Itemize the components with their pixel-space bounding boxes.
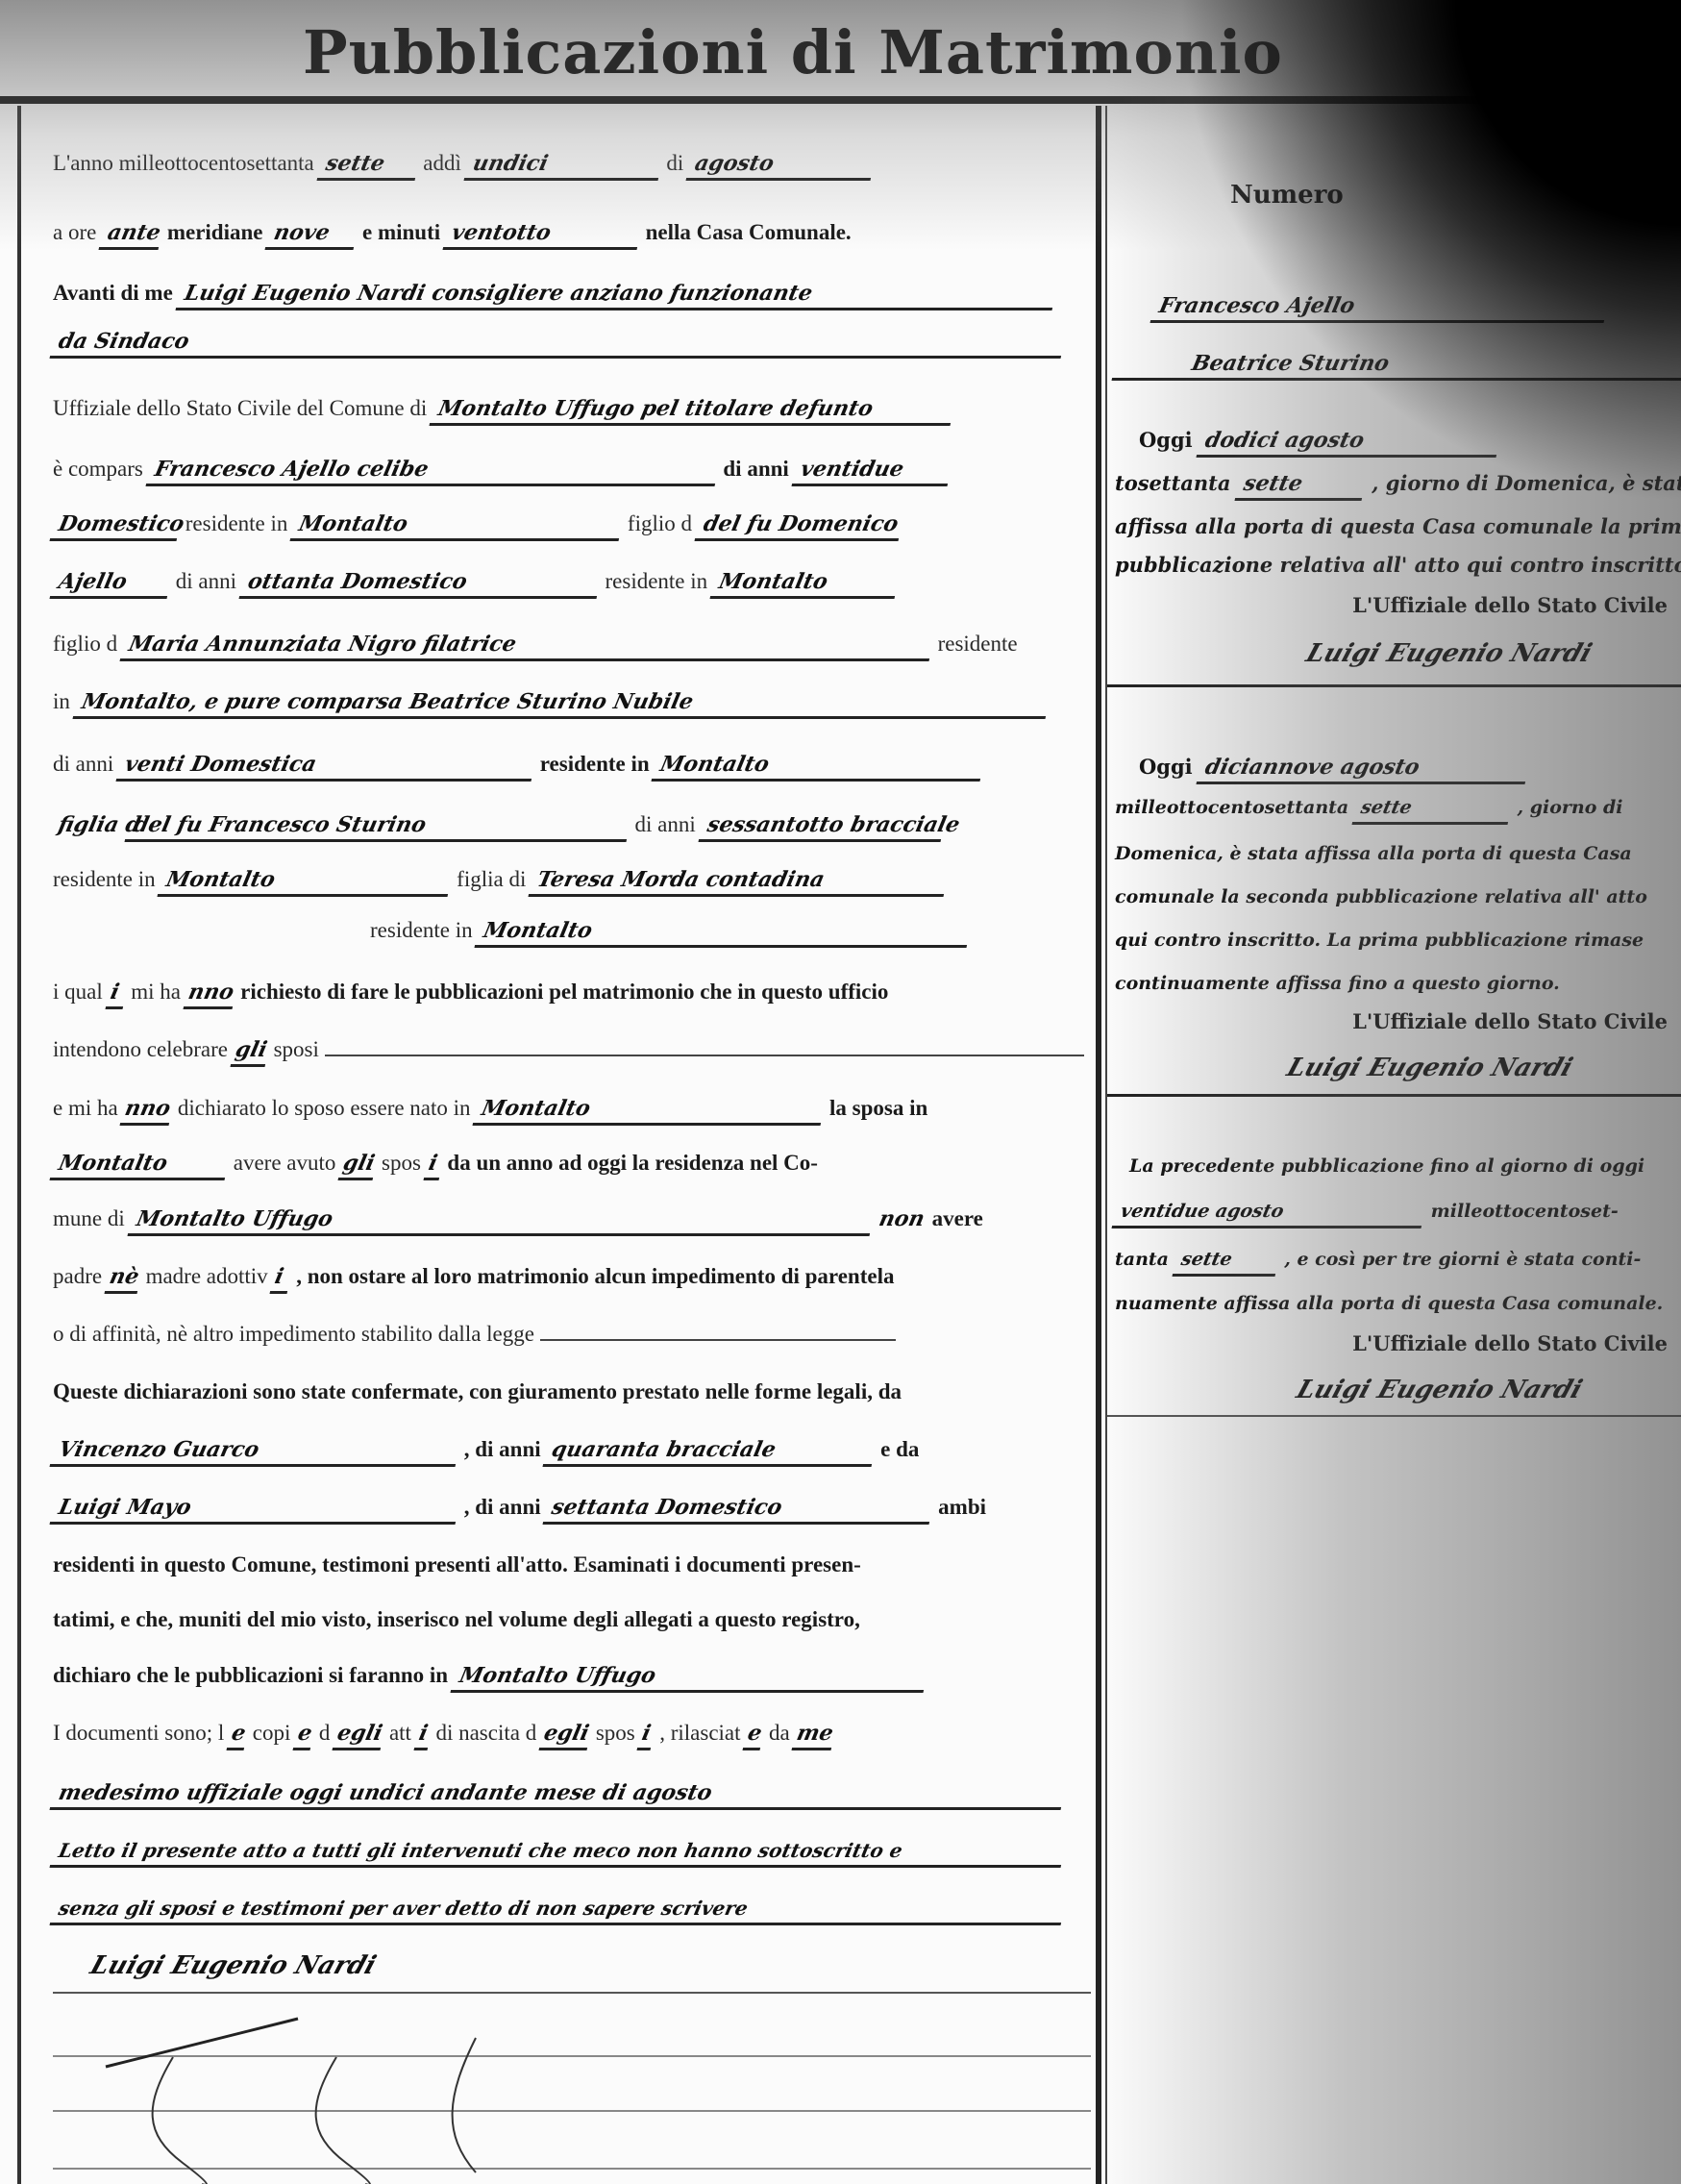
- label-i-qual: i qual: [53, 980, 103, 1004]
- first-signature: Luigi Eugenio Nardi: [1301, 636, 1596, 671]
- line-bride-age: di anni venti Domestica residente in Mon…: [53, 745, 1091, 783]
- first-publication-year: sette: [1234, 469, 1368, 501]
- line-groom: è compars Francesco Ajello celibe di ann…: [53, 450, 1091, 488]
- field-gli: gli: [338, 1149, 380, 1180]
- field-month: agosto: [686, 149, 878, 181]
- line-bride-father: figlia d del fu Francesco Sturino di ann…: [53, 806, 1091, 844]
- line-residenti: residenti in questo Comune, testimoni pr…: [53, 1546, 1091, 1584]
- field-year: sette: [316, 149, 421, 181]
- label-pubblicazioni-faranno: dichiaro che le pubblicazioni si faranno…: [53, 1663, 448, 1687]
- label-documenti-sono: I documenti sono; l: [53, 1721, 224, 1745]
- final-line-3: tanta sette , e così per tre giorni è st…: [1115, 1242, 1668, 1277]
- field-witness2-name: Luigi Mayo: [49, 1493, 461, 1525]
- label-minuti: e minuti: [362, 220, 440, 244]
- field-suffix: nno: [183, 978, 238, 1009]
- main-signature-line: Luigi Eugenio Nardi: [53, 1947, 1129, 1985]
- line-year: L'anno milleottocentosettanta sette addì…: [53, 144, 1091, 183]
- line-documenti: I documenti sono; l e copi e d egli att …: [53, 1714, 1091, 1752]
- line-comune: Uffiziale dello Stato Civile del Comune …: [53, 389, 1091, 428]
- field-bride-mother-residence: Montalto: [475, 916, 974, 948]
- line-senza: senza gli sposi e testimoni per aver det…: [53, 1889, 1091, 1927]
- left-frame-rule: [17, 106, 21, 2184]
- second-publication-date: diciannove agosto: [1196, 753, 1531, 784]
- second-officer-title: L'Uffiziale dello Stato Civile: [1115, 1005, 1681, 1039]
- field-hour: nove: [265, 218, 360, 250]
- field-groom-father-age: ottanta Domestico: [238, 567, 603, 599]
- field-comune: Montalto Uffugo pel titolare defunto: [429, 394, 956, 426]
- label-di-anni: di anni: [176, 569, 236, 593]
- field-groom-father: del fu Domenico: [694, 509, 904, 541]
- field-suffix: i: [105, 978, 129, 1009]
- number-label: Numero: [1230, 178, 1681, 212]
- field-suffix: e: [293, 1719, 317, 1750]
- section-separator: [1107, 1094, 1681, 1097]
- label-addi: addì: [423, 151, 461, 175]
- label-residente-in: residente in: [370, 918, 473, 942]
- final-line-2: ventidue agosto milleottocentoset-: [1115, 1194, 1668, 1228]
- label-tanta: tanta: [1115, 1249, 1169, 1270]
- label-comune: Uffiziale dello Stato Civile del Comune …: [53, 396, 427, 420]
- title-rule: [0, 96, 1681, 104]
- label-d: d: [319, 1721, 331, 1745]
- line-bride-mother-res: residente in Montalto: [53, 911, 1091, 950]
- line-letto: Letto il presente atto a tutti gli inter…: [53, 1831, 1091, 1870]
- field-suffix: egli: [333, 1719, 387, 1750]
- label-rilasciat: , rilasciat: [659, 1721, 740, 1745]
- label-dichiarazioni-confermate: Queste dichiarazioni sono state conferma…: [53, 1379, 902, 1403]
- column-divider: [1096, 106, 1101, 2184]
- label-residenza-nel-comune: da un anno ad oggi la residenza nel Co-: [447, 1151, 818, 1175]
- label-figlio-d: figlio d: [628, 511, 692, 535]
- label-milleottocentosettanta: milleottocentosettanta: [1115, 797, 1348, 818]
- label-e-mi-ha: e mi ha: [53, 1096, 118, 1120]
- column-divider-inner: [1105, 106, 1107, 2184]
- label-tre-giorni: , e così per tre giorni è stata conti-: [1284, 1249, 1641, 1270]
- label-intendono: intendono celebrare: [53, 1037, 228, 1061]
- final-signature: Luigi Eugenio Nardi: [1292, 1373, 1587, 1407]
- field-closing-2: senza gli sposi e testimoni per aver det…: [49, 1894, 1067, 1925]
- blank-rule: [540, 1318, 896, 1341]
- label-di-anni: di anni: [53, 752, 113, 776]
- field-ne: nè: [104, 1262, 143, 1294]
- label-la-sposa-in: la sposa in: [829, 1096, 927, 1120]
- label-avere: avere: [932, 1206, 983, 1230]
- line-impedimento: padre nè madre adottiv i , non ostare al…: [53, 1257, 1091, 1296]
- field-witness2-age: settanta Domestico: [543, 1493, 936, 1525]
- section-separator: [1107, 684, 1681, 687]
- line-residenza: Montalto avere avuto gli spos i da un an…: [53, 1144, 1091, 1182]
- line-affinita: o di affinità, nè altro impedimento stab…: [53, 1315, 1091, 1353]
- field-suffix: i: [413, 1719, 433, 1750]
- field-witness1-name: Vincenzo Guarco: [49, 1435, 461, 1467]
- second-oggi-line: Oggi diciannove agosto: [1115, 750, 1681, 784]
- line-groom-father: Ajello di anni ottanta Domestico residen…: [53, 562, 1091, 601]
- names-line-2: Beatrice Sturino: [1115, 346, 1653, 381]
- first-line-4: pubblicazione relativa all' atto qui con…: [1115, 548, 1668, 583]
- first-oggi-line: Oggi dodici agosto: [1115, 423, 1681, 458]
- field-groom-father-surname: Ajello: [49, 567, 173, 599]
- field-groom-father-residence: Montalto: [709, 567, 901, 599]
- final-signature-line: Luigi Eugenio Nardi: [1115, 1373, 1681, 1407]
- label-avere-avuto: avere avuto: [234, 1151, 336, 1175]
- field-bride-birthplace: Montalto: [49, 1149, 231, 1180]
- document-title: Pubblicazioni di Matrimonio: [303, 17, 1283, 87]
- field-bride-father: del fu Francesco Sturino: [124, 810, 632, 842]
- second-signature-line: Luigi Eugenio Nardi: [1115, 1051, 1681, 1085]
- line-nato: e mi ha nno dichiarato lo sposo essere n…: [53, 1089, 1091, 1128]
- field-bride-age: venti Domestica: [115, 750, 537, 782]
- label-residente-in: residente in: [53, 867, 156, 891]
- first-officer-title: L'Uffiziale dello Stato Civile: [1115, 588, 1681, 623]
- final-line-4: nuamente affissa alla porta di questa Ca…: [1115, 1286, 1668, 1321]
- field-suffix: e: [226, 1719, 250, 1750]
- line-sindaco: da Sindaco: [53, 322, 1091, 360]
- main-signature: Luigi Eugenio Nardi: [86, 1947, 382, 1985]
- field-sindaco: da Sindaco: [49, 327, 1067, 359]
- label-di-anni: di anni: [635, 812, 696, 836]
- first-publication-date: dodici agosto: [1196, 426, 1502, 458]
- field-witness1-age: quaranta bracciale: [543, 1435, 878, 1467]
- label-milleottocentoset: milleottocentoset-: [1431, 1201, 1619, 1222]
- label-ore: a ore: [53, 220, 96, 244]
- label-residenti-testimoni: residenti in questo Comune, testimoni pr…: [53, 1552, 861, 1576]
- label-richiesto: richiesto di fare le pubblicazioni pel m…: [240, 980, 888, 1004]
- field-ante: ante: [99, 218, 165, 250]
- label-di: di: [666, 151, 683, 175]
- field-bride-father-age: sessantotto bracciale: [698, 810, 947, 842]
- line-witness-2: Luigi Mayo , di anni settanta Domestico …: [53, 1488, 1091, 1526]
- line-faranno: dichiaro che le pubblicazioni si faranno…: [53, 1656, 1091, 1695]
- label-di-anni: di anni: [723, 457, 788, 481]
- section-separator: [1107, 1415, 1681, 1417]
- field-issue-details: medesimo uffiziale oggi undici andante m…: [49, 1778, 1067, 1810]
- field-minutes: ventotto: [442, 218, 643, 250]
- label-oggi: Oggi: [1139, 755, 1193, 779]
- second-line-2: milleottocentosettanta sette , giorno di: [1115, 790, 1668, 825]
- label-affinita: o di affinità, nè altro impedimento stab…: [53, 1322, 534, 1346]
- label-residente-in: residente in: [185, 511, 288, 535]
- label-figlia-di: figlia di: [457, 867, 526, 891]
- field-bride-father-residence: Montalto: [158, 865, 455, 897]
- line-groom-mother: figlio d Maria Annunziata Nigro filatric…: [53, 625, 1091, 663]
- field-groom-name: Francesco Ajello celibe: [145, 455, 721, 486]
- label-residente-in: residente in: [540, 752, 650, 776]
- field-officer: Luigi Eugenio Nardi consigliere anziano …: [175, 279, 1058, 310]
- label-giorno-domenica: , giorno di Domenica, è stata: [1372, 471, 1681, 495]
- label-att: att: [389, 1721, 411, 1745]
- field-day: undici: [463, 149, 664, 181]
- line-comune-residenza: mune di Montalto Uffugo non avere: [53, 1200, 1091, 1238]
- label-comparso: è compars: [53, 457, 143, 481]
- line-hour: a ore ante meridiane nove e minuti vento…: [53, 213, 1091, 252]
- field-bride-mother: Teresa Morda contadina: [529, 865, 951, 897]
- second-publication-year: sette: [1351, 793, 1514, 825]
- label-residente-in: residente in: [606, 569, 708, 593]
- field-groom-age: ventidue: [791, 455, 953, 486]
- first-signature-line: Luigi Eugenio Nardi: [1115, 636, 1681, 671]
- field-non: non: [875, 1204, 929, 1233]
- label-di-anni: , di anni: [464, 1437, 541, 1461]
- label-e-da: e da: [880, 1437, 919, 1461]
- label-da: da: [769, 1721, 790, 1745]
- second-line-5: qui contro inscritto. La prima pubblicaz…: [1115, 923, 1668, 957]
- second-line-4: comunale la seconda pubblicazione relati…: [1115, 880, 1668, 914]
- line-groom-res: Domestico residente in Montalto figlio d…: [53, 505, 1091, 543]
- field-suffix: egli: [538, 1719, 593, 1750]
- field-closing-1: Letto il presente atto a tutti gli inter…: [49, 1836, 1067, 1868]
- final-officer-title: L'Uffiziale dello Stato Civile: [1115, 1327, 1681, 1361]
- first-line-2: tosettanta sette , giorno di Domenica, è…: [1115, 466, 1668, 501]
- field-suffix: nno: [120, 1094, 176, 1126]
- label-tosettanta: tosettanta: [1115, 471, 1230, 495]
- second-line-6: continuamente affissa fino a questo gior…: [1115, 966, 1668, 1001]
- label-anno: L'anno milleottocentosettanta: [53, 151, 314, 175]
- field-residence-comune: Montalto Uffugo: [127, 1204, 876, 1236]
- field-issued-by: me: [792, 1719, 838, 1750]
- field-bride-name: Montalto, e pure comparsa Beatrice Sturi…: [72, 687, 1051, 719]
- final-date: ventidue agosto: [1111, 1197, 1427, 1228]
- label-nato-in: dichiarato lo sposo essere nato in: [178, 1096, 471, 1120]
- label-in: in: [53, 689, 70, 713]
- label-spos: spos: [382, 1151, 421, 1175]
- label-allegati: tatimi, e che, muniti del mio visto, ins…: [53, 1607, 860, 1631]
- label-figlia-d: figlia d: [50, 810, 125, 839]
- final-line-1: La precedente pubblicazione fino al gior…: [1115, 1149, 1681, 1183]
- field-suffix: e: [743, 1719, 767, 1750]
- label-copi: copi: [253, 1721, 291, 1745]
- label-sposi: sposi: [274, 1037, 319, 1061]
- label-figlio-d: figlio d: [53, 632, 117, 656]
- line-bride: in Montalto, e pure comparsa Beatrice St…: [53, 682, 1091, 721]
- line-dichiarazioni: Queste dichiarazioni sono state conferma…: [53, 1373, 1091, 1411]
- label-spos: spos: [596, 1721, 635, 1745]
- line-bride-mother: residente in Montalto figlia di Teresa M…: [53, 860, 1091, 899]
- label-impedimento-parentela: , non ostare al loro matrimonio alcun im…: [296, 1264, 894, 1288]
- label-ambi: ambi: [938, 1495, 986, 1519]
- field-bride-residence: Montalto: [652, 750, 987, 782]
- second-signature: Luigi Eugenio Nardi: [1282, 1051, 1577, 1085]
- line-tatimi: tatimi, e che, muniti del mio visto, ins…: [53, 1601, 1091, 1639]
- first-line-3: affissa alla porta di questa Casa comuna…: [1115, 509, 1668, 544]
- label-oggi: Oggi: [1139, 428, 1193, 452]
- cancel-squiggles: [48, 1980, 1096, 2184]
- blank-rule: [325, 1033, 1084, 1056]
- line-celebrare: intendono celebrare gli sposi: [53, 1030, 1091, 1069]
- field-groom-residence: Montalto: [290, 509, 626, 541]
- bride-name-summary: Beatrice Sturino: [1111, 349, 1681, 381]
- label-mune-di: mune di: [53, 1206, 125, 1230]
- groom-name-summary: Francesco Ajello: [1150, 291, 1610, 323]
- second-line-3: Domenica, è stata affissa alla porta di …: [1115, 836, 1668, 871]
- final-year: sette: [1172, 1245, 1281, 1277]
- names-line-1: Francesco Ajello: [1153, 288, 1653, 323]
- field-groom-occupation: Domestico: [49, 509, 183, 541]
- field-suffix: i: [637, 1719, 657, 1750]
- line-rilascio: medesimo uffiziale oggi undici andante m…: [53, 1774, 1091, 1812]
- field-suffix: i: [423, 1149, 445, 1180]
- field-publication-place: Montalto Uffugo: [450, 1661, 929, 1693]
- label-mi-ha: mi ha: [131, 980, 181, 1004]
- label-padre: padre: [53, 1264, 102, 1288]
- field-groom-mother: Maria Annunziata Nigro filatrice: [119, 630, 935, 661]
- line-witness-1: Vincenzo Guarco , di anni quaranta bracc…: [53, 1430, 1091, 1469]
- line-richiesto: i qual i mi ha nno richiesto di fare le …: [53, 973, 1091, 1011]
- label-avanti: Avanti di me: [53, 281, 173, 305]
- label-di-anni: , di anni: [464, 1495, 541, 1519]
- label-residente: residente: [938, 632, 1018, 656]
- field-suffix: i: [270, 1262, 294, 1294]
- label-meridiane: meridiane: [167, 220, 263, 244]
- label-casa-comunale: nella Casa Comunale.: [646, 220, 852, 244]
- field-groom-birthplace: Montalto: [473, 1094, 828, 1126]
- field-gli: gli: [230, 1035, 271, 1067]
- label-madre-adottiv: madre adottiv: [146, 1264, 268, 1288]
- label-di-nascita: di nascita d: [435, 1721, 536, 1745]
- line-avanti: Avanti di me Luigi Eugenio Nardi consigl…: [53, 274, 1091, 312]
- label-giorno-di: , giorno di: [1517, 797, 1622, 818]
